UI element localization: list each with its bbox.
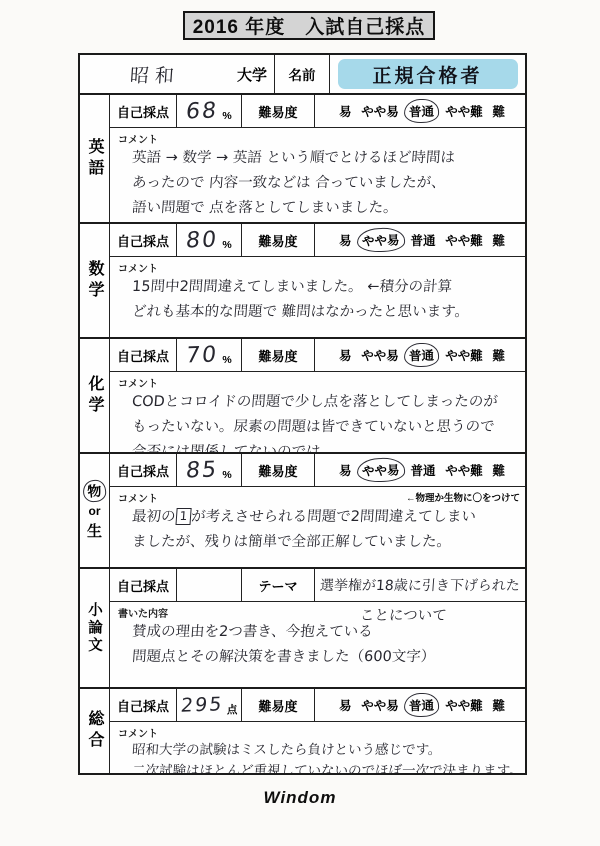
windom-logo: Windom xyxy=(0,788,600,808)
subject-label-overall: 総合 xyxy=(80,689,110,773)
score-row: 自己採点 295 点 難易度 易 やや易 普通 やや難 難 xyxy=(110,689,525,722)
difficulty-option: やや難 xyxy=(441,459,487,481)
difficulty-options: 易 やや易 普通 やや難 難 xyxy=(315,689,525,721)
self-score-label: 自己採点 xyxy=(110,224,177,256)
score-unit: % xyxy=(222,110,231,122)
comment-line: どれも基本的な問題で 難問はなかったと思います。 xyxy=(117,300,520,325)
difficulty-option: 易 xyxy=(335,344,356,366)
difficulty-option: 普通 xyxy=(406,229,439,251)
score-handwritten: 70 xyxy=(185,342,220,368)
university-label: 大学 xyxy=(237,64,274,85)
row-math: 数学 自己採点 80 % 難易度 易 やや易 普通 やや難 難 xyxy=(80,222,525,337)
comment-line: 15問中2問間違えてしまいました。 ←積分の計算 xyxy=(117,275,520,300)
comment-line: 英語 → 数学 → 英語 という順でとけるほど時間は xyxy=(117,146,520,171)
difficulty-label: 難易度 xyxy=(242,95,315,127)
difficulty-option: 易 xyxy=(335,459,356,481)
comment-line: 昭和大学の試験はミスしたら負けという感じです。 xyxy=(117,740,519,761)
difficulty-option: 普通 xyxy=(406,459,439,481)
score-row: 自己採点 68 % 難易度 易 やや易 普通 やや難 難 xyxy=(110,95,525,128)
difficulty-option: 難 xyxy=(488,344,509,366)
university-cell: 昭和 大学 xyxy=(80,55,275,93)
score-unit: 点 xyxy=(227,702,238,717)
boxed-question-number: 1 xyxy=(175,508,192,525)
score-handwritten: 68 xyxy=(185,98,220,124)
written-content-label: 書いた内容 xyxy=(118,605,519,620)
difficulty-option: 易 xyxy=(335,100,356,122)
self-score-label: 自己採点 xyxy=(110,339,177,371)
difficulty-option: 難 xyxy=(488,694,509,716)
comment-segment: 最初の xyxy=(131,509,176,525)
score-handwritten: 295 xyxy=(179,693,224,716)
score-row: 自己採点 70 % 難易度 易 やや易 普通 やや難 難 xyxy=(110,339,525,372)
comment-label: コメント xyxy=(118,375,519,390)
difficulty-options: 易 やや易 普通 やや難 難 xyxy=(315,454,525,486)
difficulty-option: 易 xyxy=(335,229,356,251)
difficulty-option: 難 xyxy=(488,229,509,251)
comment-line: 二次試験はほとんど重視していないのでほぼ一次で決まります。 xyxy=(117,761,519,773)
scanned-form-page: 2016 年度 入試自己採点 昭和 大学 名前 正規合格者 英語 自己採点 68 xyxy=(0,0,600,846)
score-unit: % xyxy=(222,239,231,251)
self-score-value-cell: 68 % xyxy=(177,95,242,127)
content-line: 賛成の理由を2つ書き、今抱えている xyxy=(117,620,520,645)
comment-label: コメント xyxy=(118,725,519,740)
difficulty-option: やや難 xyxy=(441,694,487,716)
result-badge: 正規合格者 xyxy=(338,59,518,89)
score-handwritten: 85 xyxy=(185,457,220,483)
circle-instruction-note: ←物理か生物に〇をつけて xyxy=(406,490,520,504)
difficulty-option: やや難 xyxy=(441,229,487,251)
comment-cell: コメント ←物理か生物に〇をつけて 最初の1が考えさせられる問題で2問間違えてし… xyxy=(110,487,525,567)
self-score-label: 自己採点 xyxy=(110,454,177,486)
subject-name: 小論文 xyxy=(84,602,105,655)
subject-name: 総合 xyxy=(83,710,106,752)
badge-cell: 正規合格者 xyxy=(330,55,525,93)
name-label: 名前 xyxy=(275,55,330,93)
comment-line: もったいない。尿素の問題は皆できていないと思うので xyxy=(117,415,520,440)
score-unit: % xyxy=(222,469,231,481)
difficulty-label: 難易度 xyxy=(242,339,315,371)
difficulty-option: 易 xyxy=(335,694,356,716)
score-row: 自己採点 85 % 難易度 易 やや易 普通 やや難 難 xyxy=(110,454,525,487)
content-line: 問題点とその解決策を書きました（600文字） xyxy=(117,645,520,670)
comment-cell: コメント CODとコロイドの問題で少し点を落としてしまったのが もったいない。尿… xyxy=(110,372,525,452)
score-row: 自己採点 80 % 難易度 易 やや易 普通 やや難 難 xyxy=(110,224,525,257)
selected-science-circled: 物 xyxy=(82,479,107,503)
difficulty-option: 普通 xyxy=(404,342,440,367)
difficulty-options: 易 やや易 普通 やや難 難 xyxy=(315,224,525,256)
difficulty-label: 難易度 xyxy=(242,689,315,721)
comment-line: 合否には関係してないのでは…。 xyxy=(117,440,520,452)
self-score-value-cell: 295 点 xyxy=(177,689,242,721)
self-score-value-cell-empty xyxy=(177,569,242,601)
subject-label-essay: 小論文 xyxy=(80,569,110,687)
subject-label-chemistry: 化学 xyxy=(80,339,110,452)
comment-cell: コメント 英語 → 数学 → 英語 という順でとけるほど時間は あったので 内容… xyxy=(110,128,525,222)
comment-line: あったので 内容一致などは 合っていましたが、 xyxy=(117,171,520,196)
difficulty-label: 難易度 xyxy=(242,224,315,256)
comment-segment: が考えさせられる問題で2問間違えてしまい xyxy=(191,509,477,525)
row-chemistry: 化学 自己採点 70 % 難易度 易 やや易 普通 やや難 難 xyxy=(80,337,525,452)
theme-label: テーマ xyxy=(242,569,315,601)
difficulty-options: 易 やや易 普通 やや難 難 xyxy=(315,339,525,371)
difficulty-option: 普通 xyxy=(404,98,440,123)
self-score-label: 自己採点 xyxy=(110,689,177,721)
difficulty-option: やや難 xyxy=(441,344,487,366)
subject-label-physics-or-biology: 物 or 生 xyxy=(80,454,110,567)
row-overall: 総合 自己採点 295 点 難易度 易 やや易 普通 やや難 難 xyxy=(80,687,525,773)
row-physics-or-biology: 物 or 生 自己採点 85 % 難易度 易 やや易 普通 xyxy=(80,452,525,567)
comment-line: 最初の1が考えさせられる問題で2問間違えてしまい xyxy=(117,505,520,530)
form-title: 2016 年度 入試自己採点 xyxy=(183,11,435,40)
written-content-cell: 書いた内容 ことについて 賛成の理由を2つ書き、今抱えている 問題点とその解決策… xyxy=(110,602,525,687)
subject-name: 数学 xyxy=(83,260,106,302)
difficulty-option: やや易 xyxy=(357,227,405,253)
or-text: or xyxy=(89,504,101,518)
difficulty-option: やや易 xyxy=(357,694,403,716)
difficulty-label: 難易度 xyxy=(242,454,315,486)
score-unit: % xyxy=(222,354,231,366)
difficulty-option: やや易 xyxy=(357,457,405,483)
subject-name: 化学 xyxy=(83,375,106,417)
alternate-science: 生 xyxy=(87,520,102,541)
subject-label-math: 数学 xyxy=(80,224,110,337)
comment-label: コメント xyxy=(118,131,519,146)
theme-handwritten: 選挙権が18歳に引き下げられた xyxy=(319,575,520,595)
difficulty-option: やや易 xyxy=(357,344,403,366)
theme-value-cell: 選挙権が18歳に引き下げられた xyxy=(315,569,525,601)
self-score-label: 自己採点 xyxy=(110,569,177,601)
difficulty-option: やや難 xyxy=(441,100,487,122)
row-english: 英語 自己採点 68 % 難易度 易 やや易 普通 やや難 難 xyxy=(80,95,525,222)
subject-name: 英語 xyxy=(83,138,106,180)
comment-cell: コメント 15問中2問間違えてしまいました。 ←積分の計算 どれも基本的な問題で… xyxy=(110,257,525,337)
self-score-label: 自己採点 xyxy=(110,95,177,127)
comment-line: 語い問題で 点を落としてしまいました。 xyxy=(117,196,520,221)
difficulty-option: 普通 xyxy=(404,692,440,717)
score-form-table: 昭和 大学 名前 正規合格者 英語 自己採点 68 % 難易度 xyxy=(78,53,527,775)
university-name-handwritten: 昭和 xyxy=(129,61,181,88)
score-handwritten: 80 xyxy=(185,227,220,253)
difficulty-option: やや易 xyxy=(357,100,403,122)
difficulty-options: 易 やや易 普通 やや難 難 xyxy=(315,95,525,127)
comment-line: CODとコロイドの問題で少し点を落としてしまったのが xyxy=(117,390,520,415)
difficulty-option: 難 xyxy=(488,100,509,122)
difficulty-option: 難 xyxy=(488,459,509,481)
self-score-value-cell: 70 % xyxy=(177,339,242,371)
score-row: 自己採点 テーマ 選挙権が18歳に引き下げられた xyxy=(110,569,525,602)
self-score-value-cell: 80 % xyxy=(177,224,242,256)
self-score-value-cell: 85 % xyxy=(177,454,242,486)
subject-label-english: 英語 xyxy=(80,95,110,222)
header-row: 昭和 大学 名前 正規合格者 xyxy=(80,55,525,95)
comment-label: コメント xyxy=(118,260,519,275)
comment-cell: コメント 昭和大学の試験はミスしたら負けという感じです。 二次試験はほとんど重視… xyxy=(110,722,525,773)
comment-line: ましたが、残りは簡単で全部正解していました。 xyxy=(117,530,520,555)
row-essay: 小論文 自己採点 テーマ 選挙権が18歳に引き下げられた 書いた内容 ことについ… xyxy=(80,567,525,687)
